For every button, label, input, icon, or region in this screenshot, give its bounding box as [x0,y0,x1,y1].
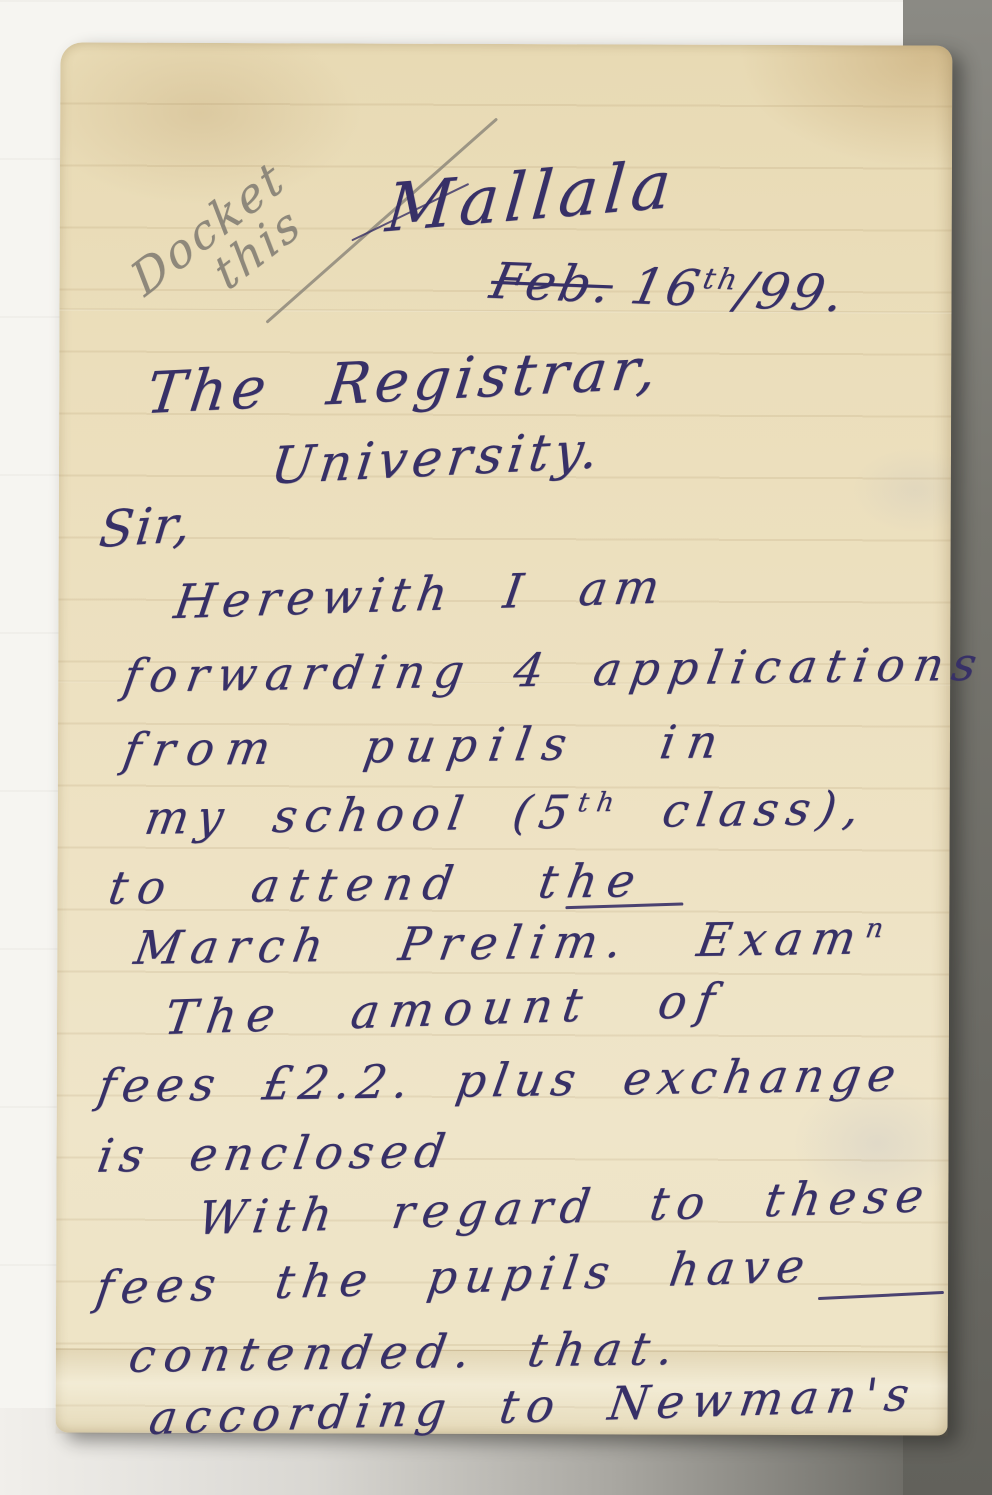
body-line-11: fees the pupils have [92,1238,816,1315]
body-line-6: March Prelim. Examn [131,910,895,975]
body-line-8: fees £2.2. plus exchange [94,1047,906,1112]
body-line-1: Herewith I am [171,559,670,630]
recipient-line-1: The Registrar, [143,336,665,428]
struck-month: Feb. [485,252,619,314]
pen-flourish [818,1291,944,1300]
date-day: 16 [626,257,708,317]
body-line-4-pre: my school (5 [141,785,581,845]
date-year: /99. [731,261,852,323]
paper-sheet: Docket this Mallala Feb. 16th/99. The Re… [56,42,953,1435]
body-line-4-post: class), [616,781,871,839]
recipient-line-2: University. [268,421,607,497]
body-line-12: contended. that. [125,1321,686,1383]
body-line-6-pre: March Prelim. Exam [131,911,869,975]
salutation-line: Sir, [96,494,195,559]
pencil-docket-note: Docket this [122,149,319,346]
body-line-3: from pupils in [119,714,733,777]
body-line-2: forwarding 4 applications [120,637,990,703]
body-line-7: The amount of [161,973,728,1046]
body-line-6-sup: n [863,913,894,944]
scan-canvas: Docket this Mallala Feb. 16th/99. The Re… [0,0,992,1495]
body-line-4-sup: th [575,787,624,819]
body-line-9: is enclosed [94,1124,456,1183]
place-line: Mallala [383,145,680,247]
body-line-4: my school (5th class), [141,781,871,845]
date-line: Feb. 16th/99. [485,252,852,323]
